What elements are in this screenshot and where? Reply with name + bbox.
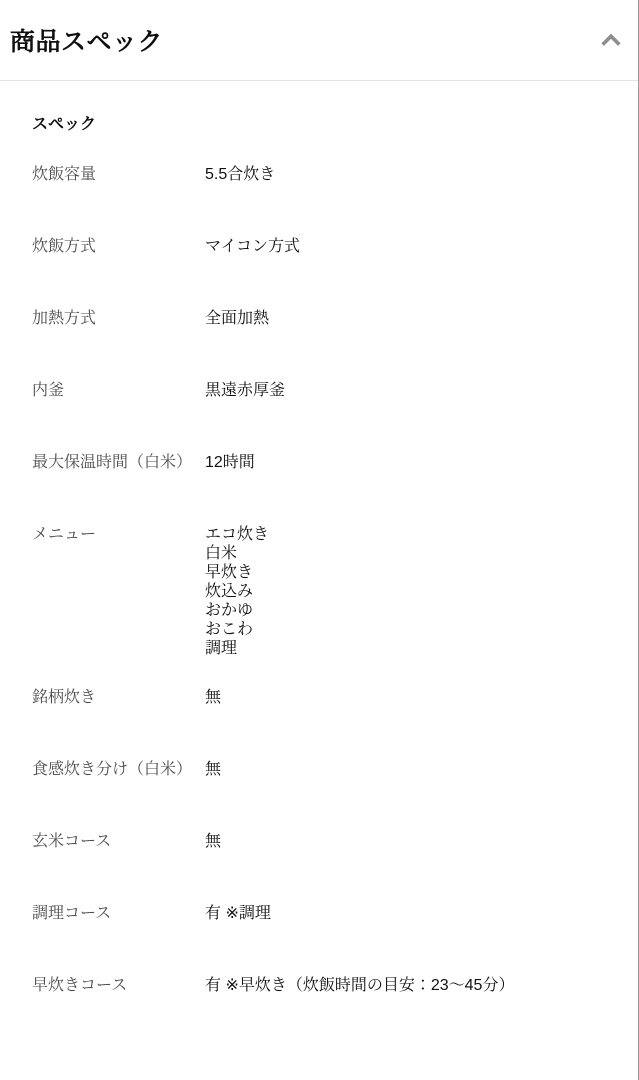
spec-value-line: 有 ※早炊き（炊飯時間の目安：23〜45分）	[205, 976, 514, 996]
spec-label: メニュー	[32, 525, 190, 545]
spec-row-keep-warm: 最大保温時間（白米） 12時間	[32, 453, 622, 473]
spec-value: 無	[205, 832, 221, 852]
spec-value: マイコン方式	[205, 237, 300, 257]
spec-value-line: 全面加熱	[205, 309, 269, 329]
spec-value-line: 12時間	[205, 453, 255, 473]
spec-label: 銘柄炊き	[32, 688, 190, 708]
spec-value-line: 有 ※調理	[205, 904, 271, 924]
spec-value-line: エコ炊き	[205, 525, 269, 544]
spec-value: 無	[205, 688, 221, 708]
spec-value-line: おこわ	[205, 620, 269, 639]
spec-value-line: 早炊き	[205, 563, 269, 582]
spec-row-texture-cooking: 食感炊き分け（白米） 無	[32, 760, 622, 780]
spec-row-menu: メニュー エコ炊き 白米 早炊き 炊込み おかゆ おこわ 調理	[32, 525, 622, 658]
spec-value-line: 無	[205, 832, 221, 852]
chevron-up-icon	[598, 27, 624, 53]
spec-label: 最大保温時間（白米）	[32, 453, 190, 473]
spec-row-cooking-course: 調理コース 有 ※調理	[32, 904, 622, 924]
spec-value: 無	[205, 760, 221, 780]
spec-row-inner-pot: 内釜 黒遠赤厚釜	[32, 381, 622, 401]
spec-value: 有 ※調理	[205, 904, 271, 924]
spec-label: 食感炊き分け（白米）	[32, 760, 190, 780]
spec-label: 調理コース	[32, 904, 190, 924]
spec-row-quick-cook-course: 早炊きコース 有 ※早炊き（炊飯時間の目安：23〜45分）	[32, 976, 622, 996]
spec-row-brand-cooking: 銘柄炊き 無	[32, 688, 622, 708]
spec-value-line: 無	[205, 760, 221, 780]
spec-row-capacity: 炊飯容量 5.5合炊き	[32, 165, 622, 185]
spec-row-cooking-method: 炊飯方式 マイコン方式	[32, 237, 622, 257]
spec-value-line: 5.5合炊き	[205, 165, 275, 185]
spec-value: 黒遠赤厚釜	[205, 381, 285, 401]
spec-row-brown-rice-course: 玄米コース 無	[32, 832, 622, 852]
spec-value: エコ炊き 白米 早炊き 炊込み おかゆ おこわ 調理	[205, 525, 269, 658]
collapse-button[interactable]	[598, 27, 624, 53]
section-heading: スペック	[32, 115, 622, 135]
spec-value-line: おかゆ	[205, 601, 269, 620]
spec-value: 全面加熱	[205, 309, 269, 329]
spec-value-line: 調理	[205, 639, 269, 658]
spec-value-line: マイコン方式	[205, 237, 300, 257]
spec-value-line: 無	[205, 688, 221, 708]
spec-row-heating-method: 加熱方式 全面加熱	[32, 309, 622, 329]
page-title: 商品スペック	[10, 22, 163, 58]
spec-body: スペック 炊飯容量 5.5合炊き 炊飯方式 マイコン方式 加熱方式 全面加熱 内…	[0, 81, 638, 996]
spec-value-line: 炊込み	[205, 582, 269, 601]
spec-value: 5.5合炊き	[205, 165, 275, 185]
spec-label: 炊飯容量	[32, 165, 190, 185]
spec-label: 内釜	[32, 381, 190, 401]
product-spec-page: { "header": { "title": "商品スペック", "collap…	[0, 0, 639, 1080]
spec-value: 有 ※早炊き（炊飯時間の目安：23〜45分）	[205, 976, 514, 996]
spec-label: 炊飯方式	[32, 237, 190, 257]
spec-label: 加熱方式	[32, 309, 190, 329]
spec-value-line: 黒遠赤厚釜	[205, 381, 285, 401]
spec-label: 玄米コース	[32, 832, 190, 852]
spec-value-line: 白米	[205, 544, 269, 563]
spec-value: 12時間	[205, 453, 255, 473]
accordion-header[interactable]: 商品スペック	[0, 0, 638, 81]
spec-label: 早炊きコース	[32, 976, 190, 996]
